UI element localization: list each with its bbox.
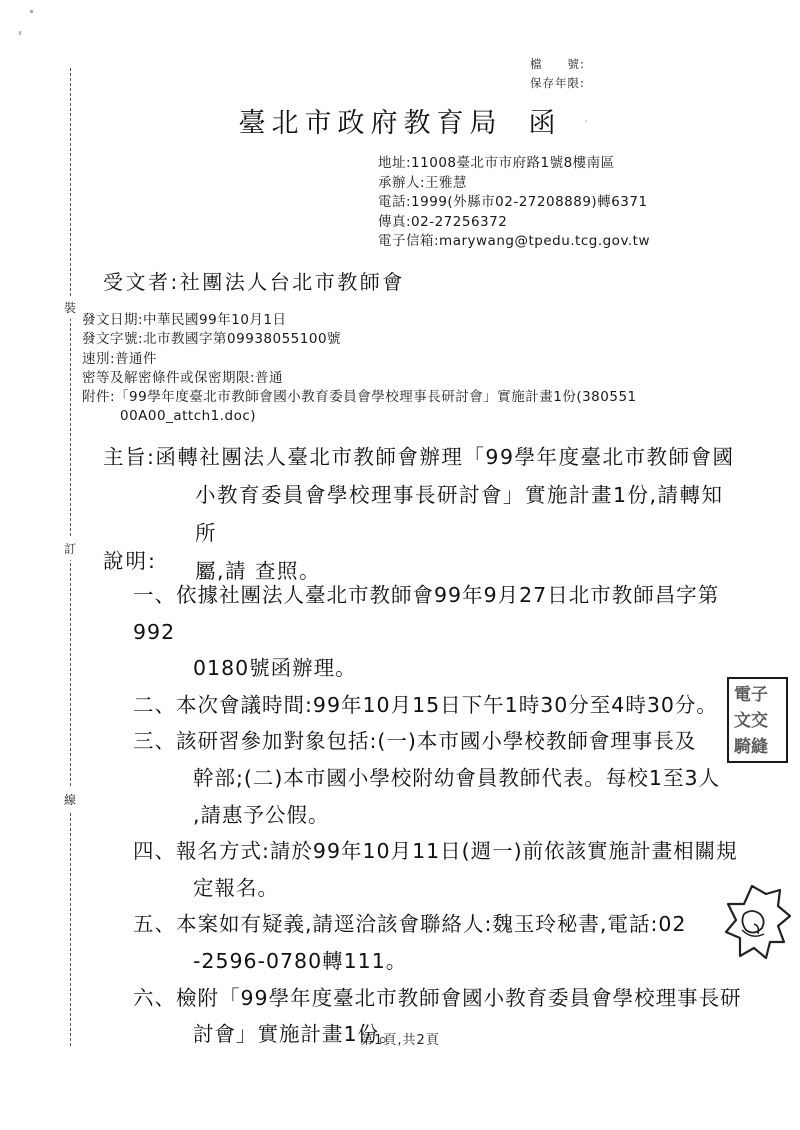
file-number-label: 檔 號: xyxy=(530,55,585,74)
sender-info-block: 地址:11008臺北市市府路1號8樓南區 承辦人:王雅慧 電話:1999(外縣市… xyxy=(378,154,650,252)
stamp-row: 騎縫 xyxy=(734,734,781,760)
flower-seal-icon xyxy=(714,880,800,990)
item-3-line: 幹部;(二)本市國小學校附幼會員教師代表。每校1至3人 xyxy=(133,760,745,797)
scanned-official-letter: 檔 號: 保存年限: 臺北市政府教育局函 地址:11008臺北市市府路1號8樓南… xyxy=(0,0,800,1130)
item-6-line: 六、檢附「99學年度臺北市教師會國小教育委員會學校理事長研 xyxy=(133,980,745,1017)
archival-labels: 檔 號: 保存年限: xyxy=(530,55,585,93)
electronic-exchange-stamp: 電子 文交 騎縫 xyxy=(727,677,788,763)
subject-block: 主旨:函轉社團法人臺北市教師會辦理「99學年度臺北市教師會國 小教育委員會學校理… xyxy=(103,438,743,590)
binding-char-zhuang: 裝 xyxy=(60,296,80,319)
item-5-line: -2596-0780轉111。 xyxy=(133,943,745,980)
binding-char-xian: 線 xyxy=(60,788,80,811)
issuing-agency: 臺北市政府教育局 xyxy=(239,108,503,139)
item-1-line: 一、依據社團法人臺北市教師會99年9月27日北市教師昌字第992 xyxy=(133,577,745,650)
page-number: 第1頁,共2頁 xyxy=(0,1029,800,1048)
item-5-line: 五、本案如有疑義,請逕洽該會聯絡人:魏玉玲秘書,電話:02 xyxy=(133,906,745,943)
subject-line: 主旨:函轉社團法人臺北市教師會辦理「99學年度臺北市教師會國 xyxy=(103,438,743,476)
security-classification: 密等及解密條件或保密期限:普通 xyxy=(82,369,637,388)
stamp-row: 文交 xyxy=(734,708,781,734)
document-meta-block: 發文日期:中華民國99年10月1日 發文字號:北市教國字第09938055100… xyxy=(82,311,637,427)
item-2-line: 二、本次會議時間:99年10月15日下午1時30分至4時30分。 xyxy=(133,687,745,724)
scan-artifact xyxy=(30,10,33,13)
sender-phone: 電話:1999(外縣市02-27208889)轉6371 xyxy=(378,193,650,213)
item-3-line: 三、該研習參加對象包括:(一)本市國小學校教師會理事長及 xyxy=(133,723,745,760)
sender-email: 電子信箱:marywang@tpedu.tcg.gov.tw xyxy=(378,232,650,252)
delivery-speed: 速別:普通件 xyxy=(82,350,637,369)
stamp-row: 電子 xyxy=(734,682,781,708)
document-type: 函 xyxy=(529,108,562,139)
scan-artifact xyxy=(585,120,587,122)
stamp-text: 電子 xyxy=(734,682,768,708)
issue-date: 發文日期:中華民國99年10月1日 xyxy=(82,311,637,330)
recipient-line: 受文者:社團法人台北市教師會 xyxy=(103,266,405,295)
stamp-text: 文交 xyxy=(734,708,768,734)
item-4-line: 定報名。 xyxy=(133,870,745,907)
document-number: 發文字號:北市教國字第09938055100號 xyxy=(82,330,637,349)
explanation-label: 說明: xyxy=(103,544,157,574)
binding-char-ding: 訂 xyxy=(60,537,80,560)
explanation-items: 一、依據社團法人臺北市教師會99年9月27日北市教師昌字第992 0180號函辦… xyxy=(133,577,745,1053)
attachment-line-continuation: 00A00_attch1.doc) xyxy=(82,407,637,426)
scan-artifact xyxy=(18,31,21,35)
flower-seal-stamp xyxy=(714,880,800,994)
stamp-text: 騎縫 xyxy=(734,734,768,760)
item-4-line: 四、報名方式:請於99年10月11日(週一)前依該實施計畫相關規 xyxy=(133,833,745,870)
subject-line: 小教育委員會學校理事長研討會」實施計畫1份,請轉知所 xyxy=(103,476,743,552)
sender-address: 地址:11008臺北市市府路1號8樓南區 xyxy=(378,154,650,174)
item-3-line: ,請惠予公假。 xyxy=(133,797,745,834)
attachment-line: 附件:「99學年度臺北市教師會國小教育委員會學校理事長研討會」實施計畫1份(38… xyxy=(82,388,637,407)
item-1-line: 0180號函辦理。 xyxy=(133,650,745,687)
sender-fax: 傳真:02-27256372 xyxy=(378,213,650,233)
retention-period-label: 保存年限: xyxy=(530,74,585,93)
sender-contact-person: 承辦人:王雅慧 xyxy=(378,174,650,194)
document-title: 臺北市政府教育局函 xyxy=(0,101,800,140)
